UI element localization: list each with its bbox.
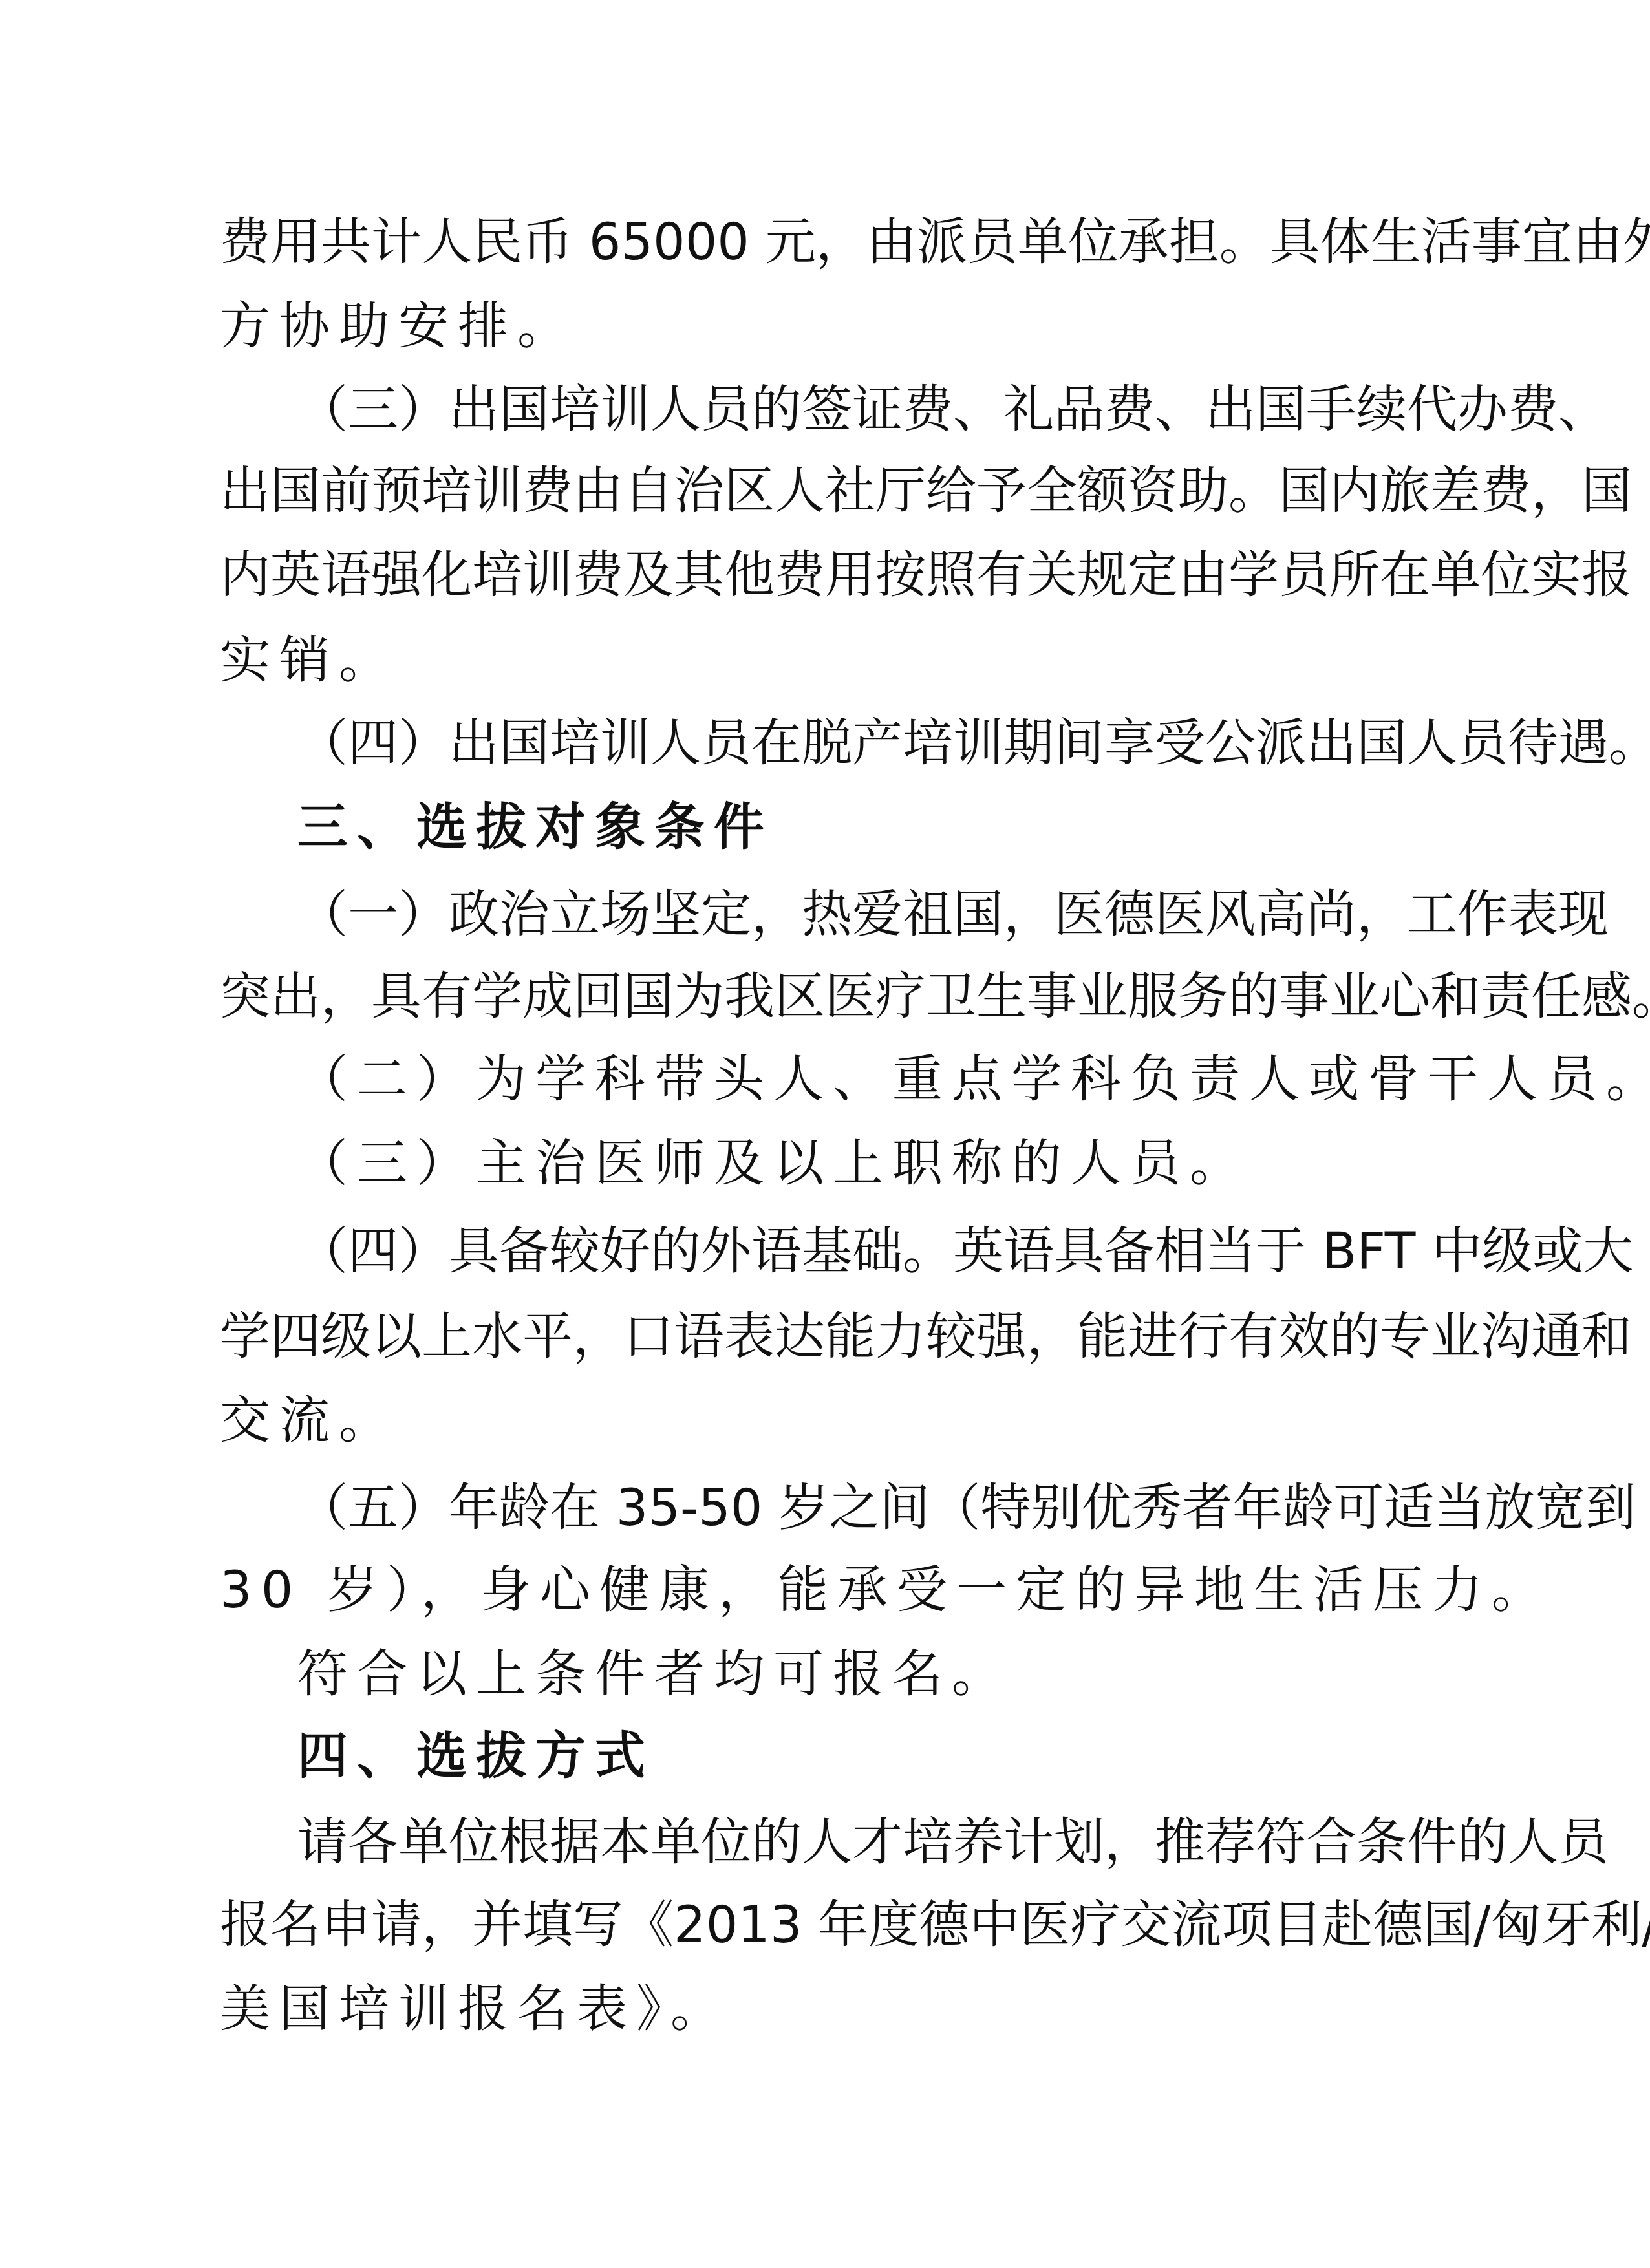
section-heading: 四、选拔方式 [297, 1724, 1435, 1789]
paragraph-line: （四）出国培训人员在脱产培训期间享受公派出国人员待遇。 [297, 711, 1435, 776]
paragraph-line: （二）为学科带头人、重点学科负责人或骨干人员。 [297, 1047, 1435, 1112]
paragraph-line: 美国培训报名表》。 [220, 1977, 1435, 2042]
paragraph-line: （四）具备较好的外语基础。英语具备相当于 BFT 中级或大 [297, 1219, 1435, 1284]
paragraph-line: 出国前预培训费由自治区人社厅给予全额资助。国内旅差费，国 [220, 459, 1435, 524]
paragraph-line: （五）年龄在 35-50 岁之间（特别优秀者年龄可适当放宽到 [297, 1476, 1435, 1541]
document-page: 费用共计人民币 65000 元，由派员单位承担。具体生活事宜由外 方协助安排。 … [0, 0, 1650, 2268]
paragraph-line: 实销。 [220, 628, 1435, 693]
section-heading: 三、选拔对象条件 [297, 795, 1435, 860]
paragraph-line: 学四级以上水平，口语表达能力较强，能进行有效的专业沟通和 [220, 1305, 1435, 1369]
paragraph-line: （三）出国培训人员的签证费、礼品费、出国手续代办费、 [297, 378, 1435, 442]
paragraph-line: 请各单位根据本单位的人才培养计划，推荐符合条件的人员 [297, 1810, 1435, 1875]
paragraph-line: 报名申请，并填写《2013 年度德中医疗交流项目赴德国/匈牙利/ [220, 1893, 1435, 1958]
paragraph-line: 方协助安排。 [220, 294, 1435, 359]
paragraph-line: 交流。 [220, 1389, 1435, 1453]
paragraph-line: 突出，具有学成回国为我区医疗卫生事业服务的事业心和责任感。 [220, 965, 1435, 1029]
paragraph-line: 符合以上条件者均可报名。 [297, 1642, 1435, 1707]
paragraph-line: （一）政治立场坚定，热爱祖国，医德医风高尚，工作表现 [297, 883, 1435, 947]
paragraph-line: 30 岁），身心健康，能承受一定的异地生活压力。 [220, 1558, 1435, 1623]
paragraph-line: 费用共计人民币 65000 元，由派员单位承担。具体生活事宜由外 [220, 210, 1435, 275]
paragraph-line: （三）主治医师及以上职称的人员。 [297, 1131, 1435, 1196]
paragraph-line: 内英语强化培训费及其他费用按照有关规定由学员所在单位实报 [220, 543, 1435, 608]
